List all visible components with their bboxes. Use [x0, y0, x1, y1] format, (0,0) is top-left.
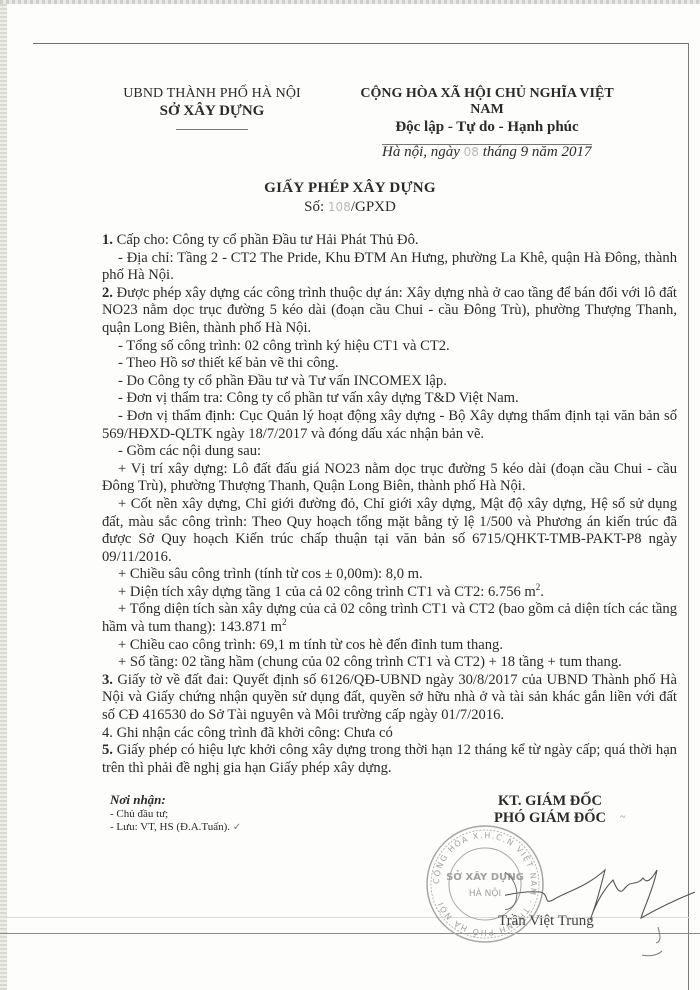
section-text: Được phép xây dựng các công trình thuộc … — [102, 285, 677, 336]
detail-text: + Tổng diện tích sàn xây dựng của cả 02 … — [102, 601, 677, 635]
section-text: Giấy tờ về đất đai: Quyết định số 6126/Q… — [102, 672, 677, 723]
scanner-top-edge — [0, 0, 700, 4]
section-number: 2. — [102, 285, 113, 301]
list-item: - Đơn vị thẩm tra: Công ty cổ phần tư vấ… — [102, 390, 677, 408]
document-body: 1. Cấp cho: Công ty cổ phần Đầu tư Hải P… — [102, 232, 677, 777]
recipients-heading: Nơi nhận: — [110, 793, 241, 806]
detail-item: + Chiều cao công trình: 69,1 m tính từ c… — [102, 637, 677, 655]
section-5: 5. Giấy phép có hiệu lực khởi công xây d… — [102, 742, 677, 777]
section-number: 3. — [102, 672, 113, 688]
page-border-top — [33, 43, 689, 44]
punctuation: . — [540, 584, 544, 600]
agency-parent: UBND THÀNH PHỐ HÀ NỘI — [112, 86, 312, 102]
detail-item: + Diện tích xây dựng tầng 1 của cả 02 cô… — [102, 584, 677, 602]
country-name: CỘNG HÒA XÃ HỘI CHỦ NGHĨA VIỆT NAM — [347, 86, 627, 118]
agency-name: SỞ XÂY DỰNG — [112, 103, 312, 120]
date-day-handwritten: 08 — [464, 145, 479, 159]
scanner-edge-strip — [0, 0, 7, 990]
section-4: 4. Ghi nhận các công trình đã khởi công:… — [102, 725, 677, 743]
agency-underline — [176, 129, 248, 130]
initial-mark-icon: ✓ — [233, 822, 241, 833]
list-item: - Đơn vị thẩm định: Cục Quản lý hoạt độn… — [102, 408, 677, 443]
date-suffix: tháng 9 năm 2017 — [483, 144, 592, 160]
section-2: 2. Được phép xây dựng các công trình thu… — [102, 285, 677, 338]
issue-date: Hà nội, ngày 08 tháng 9 năm 2017 — [382, 144, 591, 161]
section-number: 4. — [102, 725, 113, 741]
recipients-block: Nơi nhận: - Chủ đầu tư; - Lưu: VT, HS (Đ… — [110, 793, 241, 834]
section-number: 1. — [102, 232, 113, 248]
detail-item: + Số tầng: 02 tầng hầm (chung của 02 côn… — [102, 654, 677, 672]
superscript: 2 — [282, 617, 287, 627]
svg-text:HÀ NỘI: HÀ NỘI — [469, 887, 501, 899]
section-text: Ghi nhận các công trình đã khởi công: Ch… — [117, 725, 393, 741]
number-prefix: Số: — [304, 199, 324, 215]
number-handwritten: 108 — [328, 200, 351, 214]
recipient-text: - Lưu: VT, HS (Đ.A.Tuấn). — [110, 821, 230, 833]
section-text: Cấp cho: Công ty cổ phần Đầu tư Hải Phát… — [117, 232, 419, 248]
detail-text: + Diện tích xây dựng tầng 1 của cả 02 cô… — [118, 584, 536, 600]
national-motto: Độc lập - Tự do - Hạnh phúc — [347, 119, 627, 136]
handwritten-initial-icon: ~ — [620, 812, 625, 823]
detail-item: + Cốt nền xây dựng, Chỉ giới đường đỏ, C… — [102, 496, 677, 566]
section-3: 3. Giấy tờ về đất đai: Quyết định số 612… — [102, 672, 677, 725]
issuing-agency-header: UBND THÀNH PHỐ HÀ NỘI SỞ XÂY DỰNG — [112, 86, 312, 130]
list-item: - Theo Hồ sơ thiết kế bản vẽ thi công. — [102, 355, 677, 373]
list-item: - Gồm các nội dung sau: — [102, 443, 677, 461]
section-number: 5. — [102, 742, 113, 758]
pen-mark-icon — [632, 925, 667, 963]
signature-title-line1: KT. GIÁM ĐỐC — [470, 793, 630, 810]
number-suffix: /GPXD — [351, 199, 396, 215]
date-prefix: Hà nội, ngày — [382, 144, 460, 160]
recipient-item: - Lưu: VT, HS (Đ.A.Tuấn). ✓ — [110, 821, 241, 834]
detail-item: + Tổng diện tích sàn xây dựng của cả 02 … — [102, 601, 677, 636]
detail-item: + Vị trí xây dựng: Lô đất đấu giá NO23 n… — [102, 461, 677, 496]
list-item: - Do Công ty cổ phần Đầu tư và Tư vấn IN… — [102, 373, 677, 391]
section-1-address: - Địa chỉ: Tầng 2 - CT2 The Pride, Khu Đ… — [102, 250, 677, 285]
national-header: CỘNG HÒA XÃ HỘI CHỦ NGHĨA VIỆT NAM Độc l… — [347, 86, 627, 145]
document-number: Số: 108/GPXD — [0, 199, 700, 216]
list-item: - Tổng số công trình: 02 công trình ký h… — [102, 338, 677, 356]
section-1: 1. Cấp cho: Công ty cổ phần Đầu tư Hải P… — [102, 232, 677, 250]
recipient-item: - Chủ đầu tư; — [110, 808, 241, 821]
signer-name: Trần Việt Trung — [498, 913, 594, 930]
detail-item: + Chiều sâu công trình (tính từ cos ± 0,… — [102, 566, 677, 584]
section-text: Giấy phép có hiệu lực khởi công xây dựng… — [102, 742, 677, 776]
document-title: GIẤY PHÉP XÂY DỰNG — [0, 180, 700, 197]
